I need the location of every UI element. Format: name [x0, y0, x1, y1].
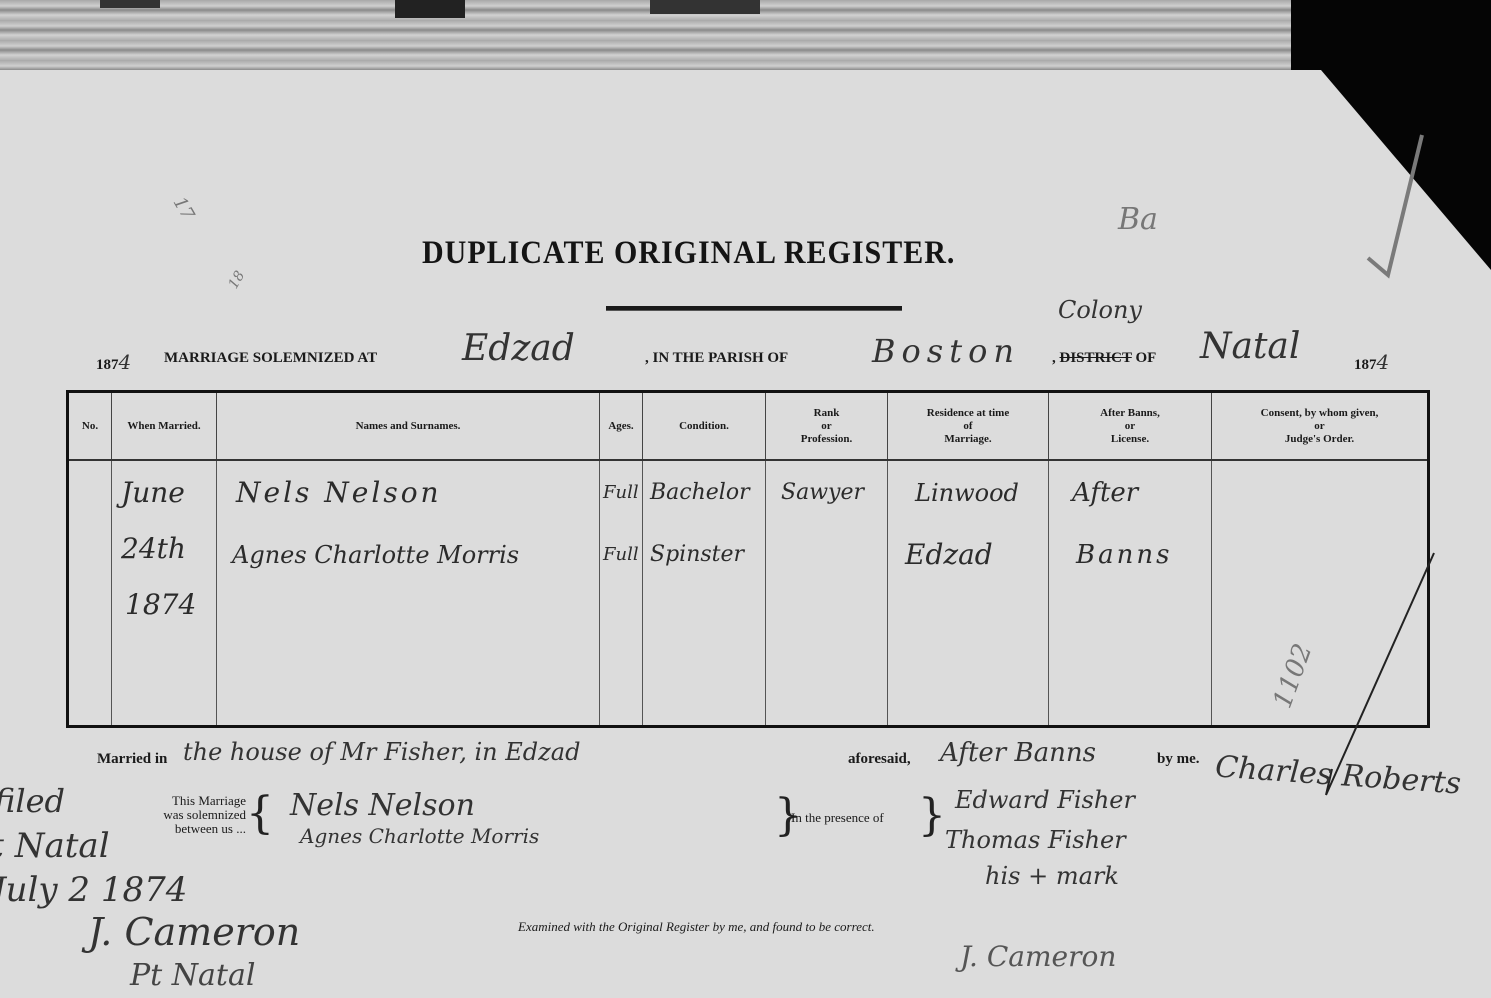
married-in-label: Married in	[97, 751, 167, 768]
check-mark-icon	[1340, 130, 1430, 280]
cell-no	[68, 460, 112, 727]
cell-ages: Full Full	[600, 460, 643, 727]
bride-name: Agnes Charlotte Morris	[218, 524, 598, 586]
witness-mark: his + mark	[985, 862, 1119, 890]
cell-rank: Sawyer	[766, 460, 888, 727]
cell-when-married: June 24th 1874	[112, 460, 217, 727]
page-stack-edge	[0, 0, 1491, 80]
margin-note-line-1: filed	[0, 782, 65, 820]
col-residence: Residence at time of Marriage.	[888, 392, 1049, 461]
margin-note-subscript: Pt Natal	[130, 958, 255, 993]
solemnized-label: MARRIAGE SOLEMNIZED AT	[164, 350, 377, 367]
bride-signature: Agnes Charlotte Morris	[300, 824, 539, 848]
parish-label: , IN THE PARISH OF	[645, 350, 788, 367]
brace-presence-right: }	[918, 794, 946, 838]
presence-label: In the presence of	[791, 811, 884, 825]
groom-name: Nels Nelson	[218, 462, 598, 524]
cell-condition: Bachelor Spinster	[643, 460, 766, 727]
heading-year-left: 1874	[96, 350, 131, 374]
col-consent: Consent, by whom given, or Judge's Order…	[1212, 392, 1429, 461]
aforesaid-value: After Banns	[940, 738, 1096, 768]
place-field: Edzad	[462, 328, 575, 369]
folio-number: 1102	[1268, 640, 1319, 712]
aforesaid-label: aforesaid,	[848, 751, 911, 768]
margin-note-signature: J. Cameron	[88, 910, 300, 954]
examiner-signature: J. Cameron	[960, 940, 1116, 973]
col-banns: After Banns, or License.	[1049, 392, 1212, 461]
page-title: DUPLICATE ORIGINAL REGISTER.	[422, 234, 955, 271]
brace-left: {	[246, 792, 274, 836]
groom-signature: Nels Nelson	[290, 788, 475, 823]
district-field: Natal	[1200, 326, 1300, 367]
by-me-label: by me.	[1157, 751, 1200, 768]
col-ages: Ages.	[600, 392, 643, 461]
col-no: No.	[68, 392, 112, 461]
examined-statement: Examined with the Original Register by m…	[518, 919, 875, 935]
col-rank: Rank or Profession.	[766, 392, 888, 461]
witness-2: Thomas Fisher	[945, 826, 1126, 854]
married-in-value: the house of Mr Fisher, in Edzad	[183, 738, 580, 766]
marriage-register-table: No. When Married. Names and Surnames. Ag…	[66, 390, 1430, 728]
cell-names: Nels Nelson Agnes Charlotte Morris	[217, 460, 600, 727]
col-condition: Condition.	[643, 392, 766, 461]
cell-banns: After Banns	[1049, 460, 1212, 727]
district-label: , DISTRICT OF	[1052, 350, 1156, 367]
parish-field: Boston	[872, 332, 1020, 370]
cell-consent: 1102	[1212, 460, 1429, 727]
margin-note-date: July 2 1874	[0, 870, 187, 910]
heading-year-right: 1874	[1354, 350, 1389, 374]
table-row: June 24th 1874 Nels Nelson Agnes Charlot…	[68, 460, 1429, 727]
cell-residence: Linwood Edzad	[888, 460, 1049, 727]
between-us-label: This Marriage was solemnized between us …	[130, 794, 246, 836]
col-when-married: When Married.	[112, 392, 217, 461]
col-names: Names and Surnames.	[217, 392, 600, 461]
margin-note-line-2: at Natal	[0, 826, 110, 866]
witness-1: Edward Fisher	[955, 786, 1135, 814]
table-header-row: No. When Married. Names and Surnames. Ag…	[68, 392, 1429, 461]
margin-initial: Ba	[1118, 202, 1158, 237]
title-rule	[606, 306, 902, 311]
corner-shadow-top	[1291, 0, 1491, 70]
district-correction: Colony	[1058, 296, 1142, 324]
